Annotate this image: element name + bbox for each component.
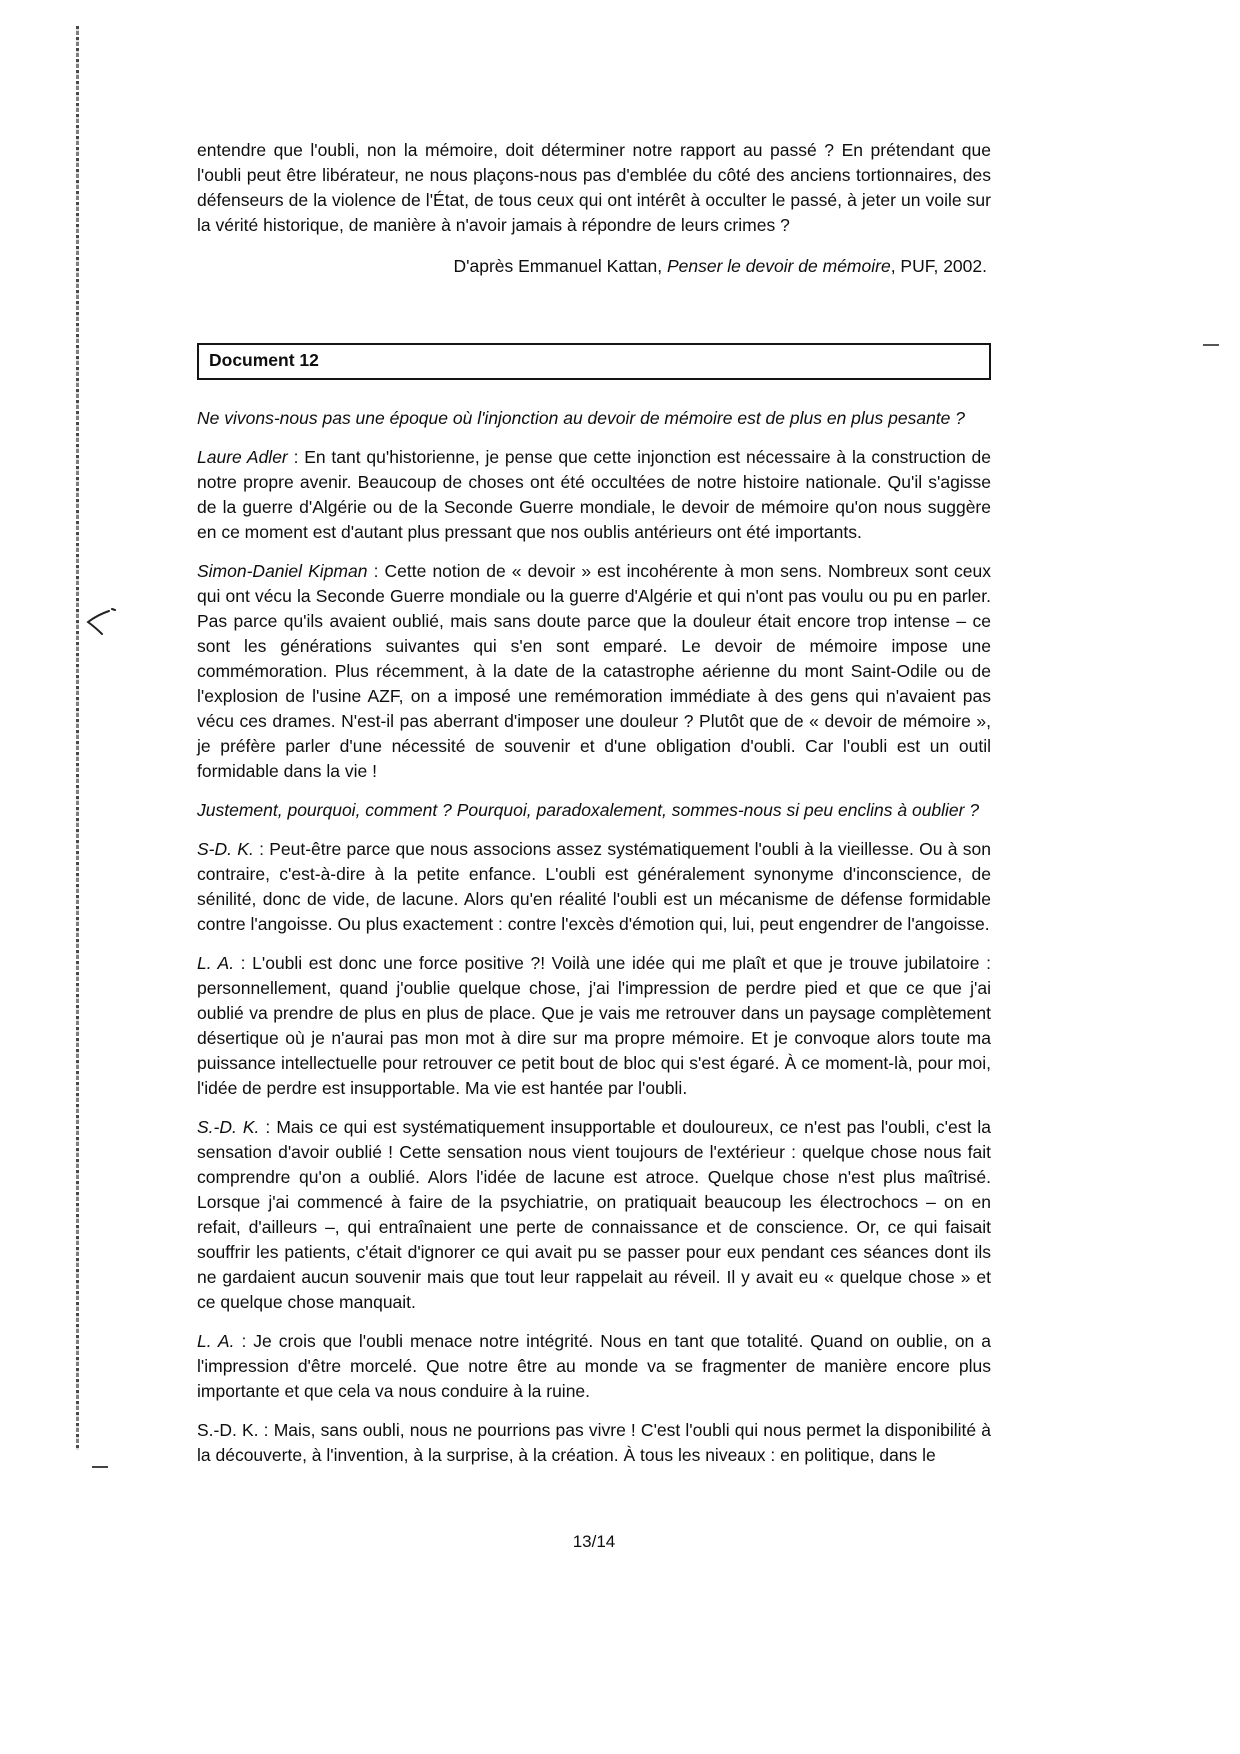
interview-question: Ne vivons-nous pas une époque où l'injon… bbox=[197, 406, 991, 431]
speech-paragraph: Laure Adler : En tant qu'historienne, je… bbox=[197, 445, 991, 545]
scan-artifact-dash bbox=[1203, 344, 1219, 346]
speech-text: L'oubli est donc une force positive ?! V… bbox=[197, 953, 991, 1098]
intro-paragraph: entendre que l'oubli, non la mémoire, do… bbox=[197, 138, 991, 238]
speaker-separator: : bbox=[234, 953, 252, 973]
attribution-prefix: D'après Emmanuel Kattan, bbox=[454, 256, 667, 276]
speaker-name: L. A. bbox=[197, 1331, 234, 1351]
speaker-separator: : bbox=[367, 561, 384, 581]
attribution-suffix: , PUF, 2002. bbox=[891, 256, 987, 276]
speaker-separator: : bbox=[259, 1420, 274, 1440]
speaker-separator: : bbox=[288, 447, 304, 467]
text-column: entendre que l'oubli, non la mémoire, do… bbox=[197, 138, 991, 1482]
speech-paragraph: L. A. : L'oubli est donc une force posit… bbox=[197, 951, 991, 1101]
scan-artifact-vertical-line bbox=[76, 26, 79, 1450]
speaker-name: L. A. bbox=[197, 953, 234, 973]
speaker-separator: : bbox=[234, 1331, 253, 1351]
document-12-label: Document 12 bbox=[209, 350, 319, 370]
speech-paragraph: S.-D. K. : Mais, sans oubli, nous ne pou… bbox=[197, 1418, 991, 1468]
speaker-separator: : bbox=[254, 839, 269, 859]
speaker-name: Laure Adler bbox=[197, 447, 288, 467]
speaker-name: S-D. K. bbox=[197, 839, 254, 859]
speaker-name: Simon-Daniel Kipman bbox=[197, 561, 367, 581]
speech-text: Cette notion de « devoir » est incohéren… bbox=[197, 561, 991, 781]
speech-paragraph: S-D. K. : Peut-être parce que nous assoc… bbox=[197, 837, 991, 937]
speaker-name: S.-D. K. bbox=[197, 1117, 259, 1137]
page-number: 13/14 bbox=[197, 1532, 991, 1552]
book-title: Penser le devoir de mémoire bbox=[667, 256, 891, 276]
handwritten-chevron-icon bbox=[82, 606, 116, 638]
speech-text: Mais ce qui est systématiquement insuppo… bbox=[197, 1117, 991, 1312]
speaker-name: S.-D. K. bbox=[197, 1420, 259, 1440]
speech-text: Je crois que l'oubli menace notre intégr… bbox=[197, 1331, 991, 1401]
interview-question: Justement, pourquoi, comment ? Pourquoi,… bbox=[197, 798, 991, 823]
speech-text: En tant qu'historienne, je pense que cet… bbox=[197, 447, 991, 542]
scan-artifact-dash bbox=[92, 1466, 108, 1468]
document-12-box: Document 12 bbox=[197, 343, 991, 380]
speech-paragraph: Simon-Daniel Kipman : Cette notion de « … bbox=[197, 559, 991, 784]
speaker-separator: : bbox=[259, 1117, 276, 1137]
speech-text: Mais, sans oubli, nous ne pourrions pas … bbox=[197, 1420, 991, 1465]
scanned-document-page: entendre que l'oubli, non la mémoire, do… bbox=[0, 0, 1240, 1754]
speech-paragraph: L. A. : Je crois que l'oubli menace notr… bbox=[197, 1329, 991, 1404]
attribution-line: D'après Emmanuel Kattan, Penser le devoi… bbox=[197, 254, 991, 279]
speech-paragraph: S.-D. K. : Mais ce qui est systématiquem… bbox=[197, 1115, 991, 1315]
speech-text: Peut-être parce que nous associons assez… bbox=[197, 839, 991, 934]
